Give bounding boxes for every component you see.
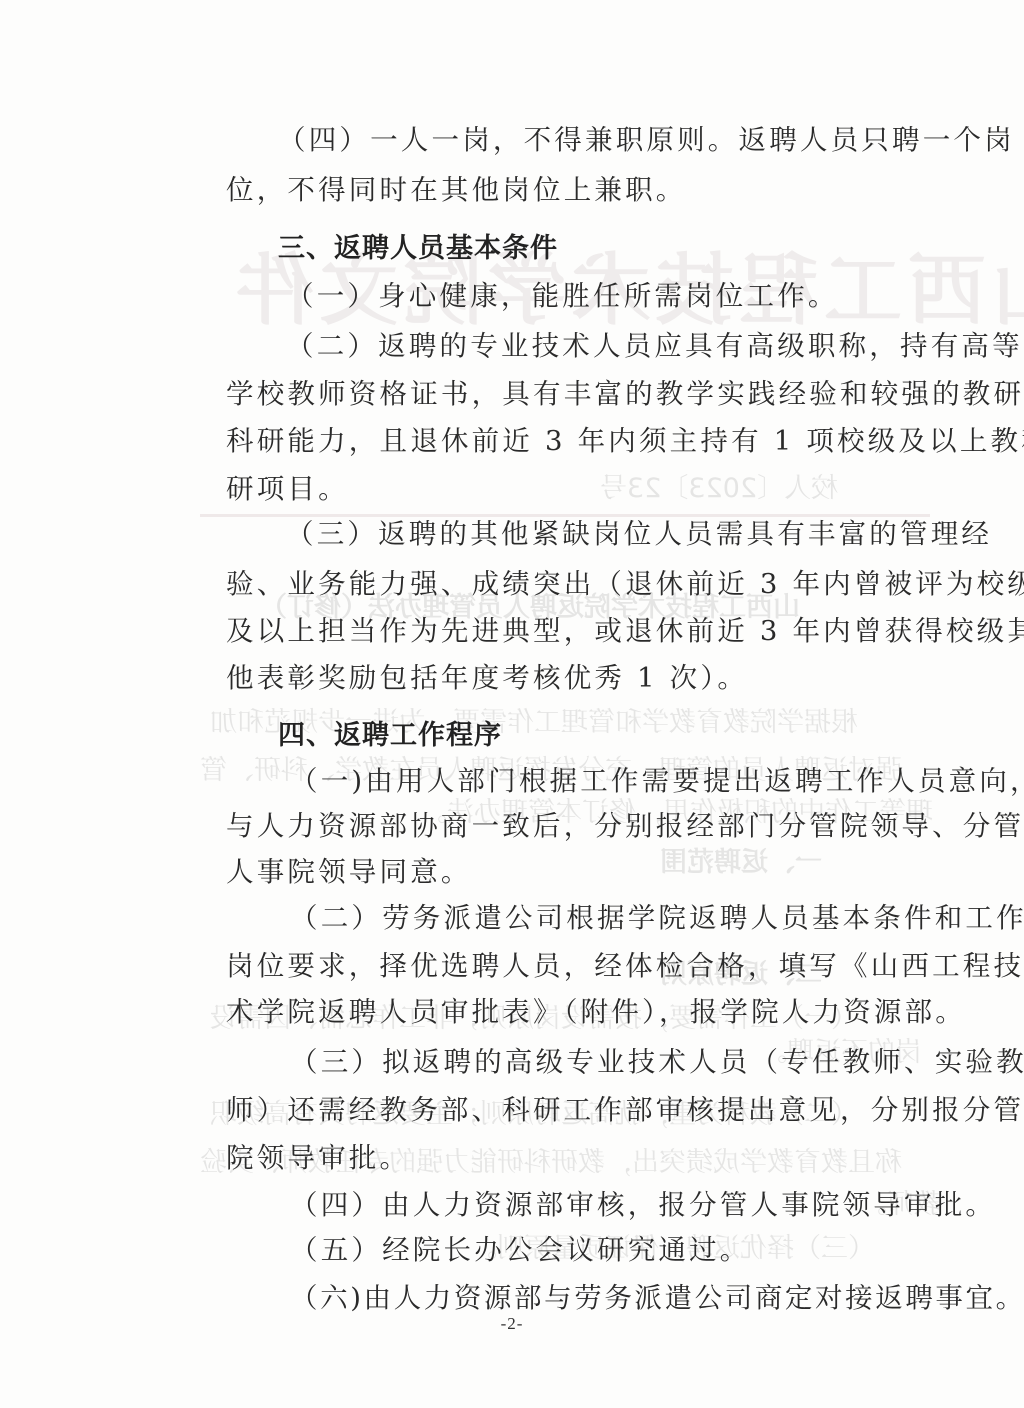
text-line: 人事院领导同意。 xyxy=(226,855,472,889)
text-line: 及以上担当作为先进典型，或退休前近 3 年内曾获得校级其 xyxy=(226,614,1024,648)
section-heading-basic-conditions: 三、返聘人员基本条件 xyxy=(278,232,558,266)
text-line: 术学院返聘人员审批表》（附件），报学院人力资源部。 xyxy=(226,995,966,1029)
text-line: 师）还需经教务部、科研工作部审核提出意见，分别报分管 xyxy=(226,1093,1024,1127)
text-line: 岗位要求，择优选聘人员，经体检合格，填写《山西工程技 xyxy=(226,949,1024,983)
bleed-through-line: 一、返聘范围 xyxy=(660,840,822,879)
section-heading-procedure: 四、返聘工作程序 xyxy=(278,719,502,753)
text-line: （二）返聘的专业技术人员应具有高级职称，持有高等 xyxy=(286,329,1023,363)
text-line: 科研能力，且退休前近 3 年内须主持有 1 项校级及以上教科 xyxy=(226,424,1024,458)
procedure-step-5: （五）经院长办公会议研究通过。 xyxy=(290,1233,751,1267)
text-line: 验、业务能力强、成绩突出（退休前近 3 年内曾被评为校级 xyxy=(226,567,1024,601)
text-line: 与人力资源部协商一致后，分别报经部门分管院领导、分管 xyxy=(226,809,1024,843)
text-line: 院领导审批。 xyxy=(226,1141,410,1175)
text-line: 学校教师资格证书，具有丰富的教学实践经验和较强的教研 xyxy=(226,377,1024,411)
page-number: -2- xyxy=(0,1314,1024,1334)
text-line: （三）拟返聘的高级专业技术人员（专任教师、实验教 xyxy=(290,1045,1024,1079)
procedure-step-4: （四）由人力资源部审核，报分管人事院领导审批。 xyxy=(290,1188,996,1222)
text-line: （四）一人一岗，不得兼职原则。返聘人员只聘一个岗 xyxy=(278,123,1015,157)
text-line: 研项目。 xyxy=(226,472,349,506)
bleed-through-doc-no: 校人〔2023〕23号 xyxy=(600,466,838,505)
document-page: 山西工程技术学院文件 校人〔2023〕23号 山西工程技术学院返聘人员管理办法（… xyxy=(0,0,1024,1408)
text-line: 位，不得同时在其他岗位上兼职。 xyxy=(226,173,687,207)
condition-item-1: （一）身心健康，能胜任所需岗位工作。 xyxy=(286,279,839,313)
procedure-step-6: （六)由人力资源部与劳务派遣公司商定对接返聘事宜。 xyxy=(290,1281,1024,1315)
text-line: （三）返聘的其他紧缺岗位人员需具有丰富的管理经 xyxy=(286,517,992,551)
text-line: （二）劳务派遣公司根据学院返聘人员基本条件和工作 xyxy=(290,901,1024,935)
text-line: （一)由用人部门根据工作需要提出返聘工作人员意向， xyxy=(290,764,1024,798)
text-line: 他表彰奖励包括年度考核优秀 1 次）。 xyxy=(226,661,748,695)
